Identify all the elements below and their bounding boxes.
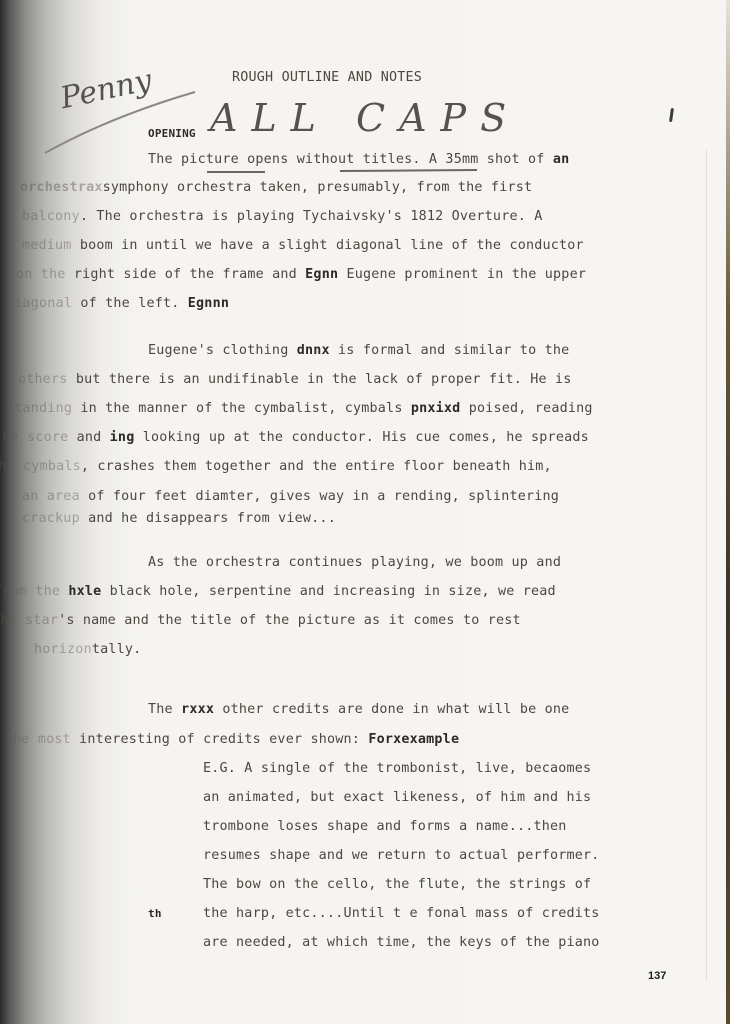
struck-text: pnxixd — [411, 401, 461, 416]
paragraph-3-line-1: As the orchestra continues playing, we b… — [148, 556, 561, 569]
paragraph-1-line-4: medium boom in until we have a slight di… — [22, 239, 584, 252]
example-line-6: the harp, etc....Until t e fonal mass of… — [203, 907, 600, 920]
line-text: looking up at the conductor. His cue com… — [134, 430, 588, 445]
gutter-text: balcony — [22, 209, 80, 224]
margin-struck-text: th — [148, 908, 162, 919]
example-line-3: trombone loses shape and forms a name...… — [203, 820, 567, 833]
gutter-text: standing — [6, 401, 72, 416]
gutter-text: medium — [22, 238, 72, 253]
page-number: 137 — [648, 970, 666, 982]
line-text: , crashes them together and the entire f… — [81, 459, 552, 474]
line-text: tally. — [92, 642, 142, 657]
document-title: ROUGH OUTLINE AND NOTES — [232, 71, 422, 84]
paragraph-2-line-4: the score and ing looking up at the cond… — [0, 431, 589, 444]
gutter-text: on the — [16, 267, 66, 282]
line-text: boom in until we have a slight diagonal … — [72, 238, 584, 253]
gutter-text: the star — [0, 613, 58, 628]
gutter-text: of the most — [0, 732, 71, 747]
line-text: right side of the frame and — [66, 267, 306, 282]
struck-text: dnnx — [297, 343, 330, 358]
paragraph-4-line-1: The rxxx other credits are done in what … — [148, 703, 569, 716]
line-text: 's name and the title of the picture as … — [58, 613, 521, 628]
paragraph-3-line-3: the star's name and the title of the pic… — [0, 614, 521, 627]
gutter-text: horizon — [34, 642, 92, 657]
paragraph-1-line-5: on the right side of the frame and Egnn … — [16, 268, 586, 281]
handwritten-underline-stroke — [40, 88, 200, 158]
ink-mark — [669, 108, 674, 122]
line-text: The picture opens without titles. A 35mm… — [148, 152, 553, 167]
example-line-2: an animated, but exact likeness, of him … — [203, 791, 591, 804]
gutter-text: the cymbals — [0, 459, 81, 474]
struck-text: Forxexample — [368, 732, 459, 747]
struck-text: rxxx — [181, 702, 214, 717]
struck-text: hxle — [68, 584, 101, 599]
paragraph-2-line-7: crackup and he disappears from view... — [22, 512, 336, 525]
gutter-text: crackup — [22, 511, 80, 526]
struck-text: Egnnn — [188, 296, 229, 311]
line-text: As the orchestra continues playing, we b… — [148, 555, 561, 570]
gutter-text: diagonal — [6, 296, 72, 311]
gutter-text: the score — [0, 430, 68, 445]
line-text: in the manner of the cymbalist, cymbals — [72, 401, 411, 416]
line-text: symphony orchestra taken, presumably, fr… — [103, 180, 533, 195]
gutter-text: from the — [0, 584, 68, 599]
gutter-text: others — [18, 372, 68, 387]
example-line-4: resumes shape and we return to actual pe… — [203, 849, 600, 862]
paragraph-2-line-3: standing in the manner of the cymbalist,… — [6, 402, 593, 415]
paragraph-1-line-2: orchestraxsymphony orchestra taken, pres… — [20, 181, 532, 194]
struck-text: Egnn — [305, 267, 338, 282]
paragraph-2-line-2: others but there is an undifinable in th… — [18, 373, 572, 386]
line-text: Eugene prominent in the upper — [338, 267, 586, 282]
line-text: poised, reading — [460, 401, 592, 416]
line-text: black hole, serpentine and increasing in… — [101, 584, 555, 599]
handwritten-note: ALL CAPS — [210, 96, 520, 140]
struck-text: orchestrax — [20, 180, 103, 195]
paragraph-2-line-1: Eugene's clothing dnnx is formal and sim… — [148, 344, 569, 357]
typewritten-page: Penny ALL CAPS ROUGH OUTLINE AND NOTES O… — [0, 0, 730, 1024]
line-text: of four feet diamter, gives way in a ren… — [80, 489, 559, 504]
paragraph-1-line-1: The picture opens without titles. A 35mm… — [148, 153, 569, 166]
paragraph-1-line-6: diagonal of the left. Egnnn — [6, 297, 229, 310]
struck-heading: OPENING — [148, 128, 196, 139]
line-text: . The orchestra is playing Tychaivsky's … — [80, 209, 543, 224]
example-line-1: E.G. A single of the trombonist, live, b… — [203, 762, 591, 775]
paragraph-4-line-2: of the most interesting of credits ever … — [0, 733, 459, 746]
example-line-7: are needed, at which time, the keys of t… — [203, 936, 600, 949]
line-text: The — [148, 702, 181, 717]
paragraph-3-line-4: horizontally. — [34, 643, 141, 656]
line-text: and — [68, 430, 109, 445]
paragraph-2-line-6: an area of four feet diamter, gives way … — [22, 490, 559, 503]
paragraph-1-line-3: balcony. The orchestra is playing Tychai… — [22, 210, 543, 223]
example-line-5: The bow on the cello, the flute, the str… — [203, 878, 591, 891]
line-text: of the left. — [72, 296, 188, 311]
line-text: other credits are done in what will be o… — [214, 702, 569, 717]
struck-text: ing — [110, 430, 135, 445]
paragraph-3-line-2: from the hxle black hole, serpentine and… — [0, 585, 556, 598]
line-text: Eugene's clothing — [148, 343, 297, 358]
gutter-text: an area — [22, 489, 80, 504]
line-text: and he disappears from view... — [80, 511, 336, 526]
book-edge — [726, 0, 730, 1024]
line-text: interesting of credits ever shown: — [71, 732, 368, 747]
handwritten-note-underline — [205, 168, 485, 178]
struck-text: an — [553, 152, 570, 167]
page-edge-shadow — [706, 150, 707, 980]
line-text: is formal and similar to the — [330, 343, 570, 358]
line-text: but there is an undifinable in the lack … — [68, 372, 572, 387]
paragraph-2-line-5: the cymbals, crashes them together and t… — [0, 460, 552, 473]
